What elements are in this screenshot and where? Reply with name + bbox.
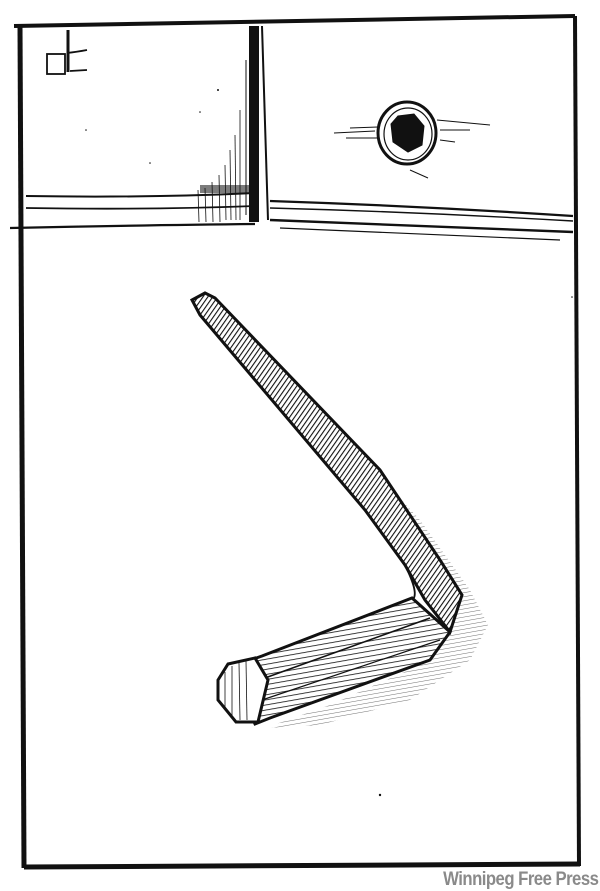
- corner-mark-icon: [47, 30, 87, 74]
- shelf-lines: [10, 193, 573, 240]
- hex-key-wrench: [192, 293, 462, 724]
- frame-border: [14, 16, 580, 868]
- vertical-post: [198, 26, 268, 222]
- bolt-head-icon: [334, 102, 490, 178]
- watermark: Winnipeg Free Press: [443, 869, 598, 891]
- illustration: [0, 0, 600, 891]
